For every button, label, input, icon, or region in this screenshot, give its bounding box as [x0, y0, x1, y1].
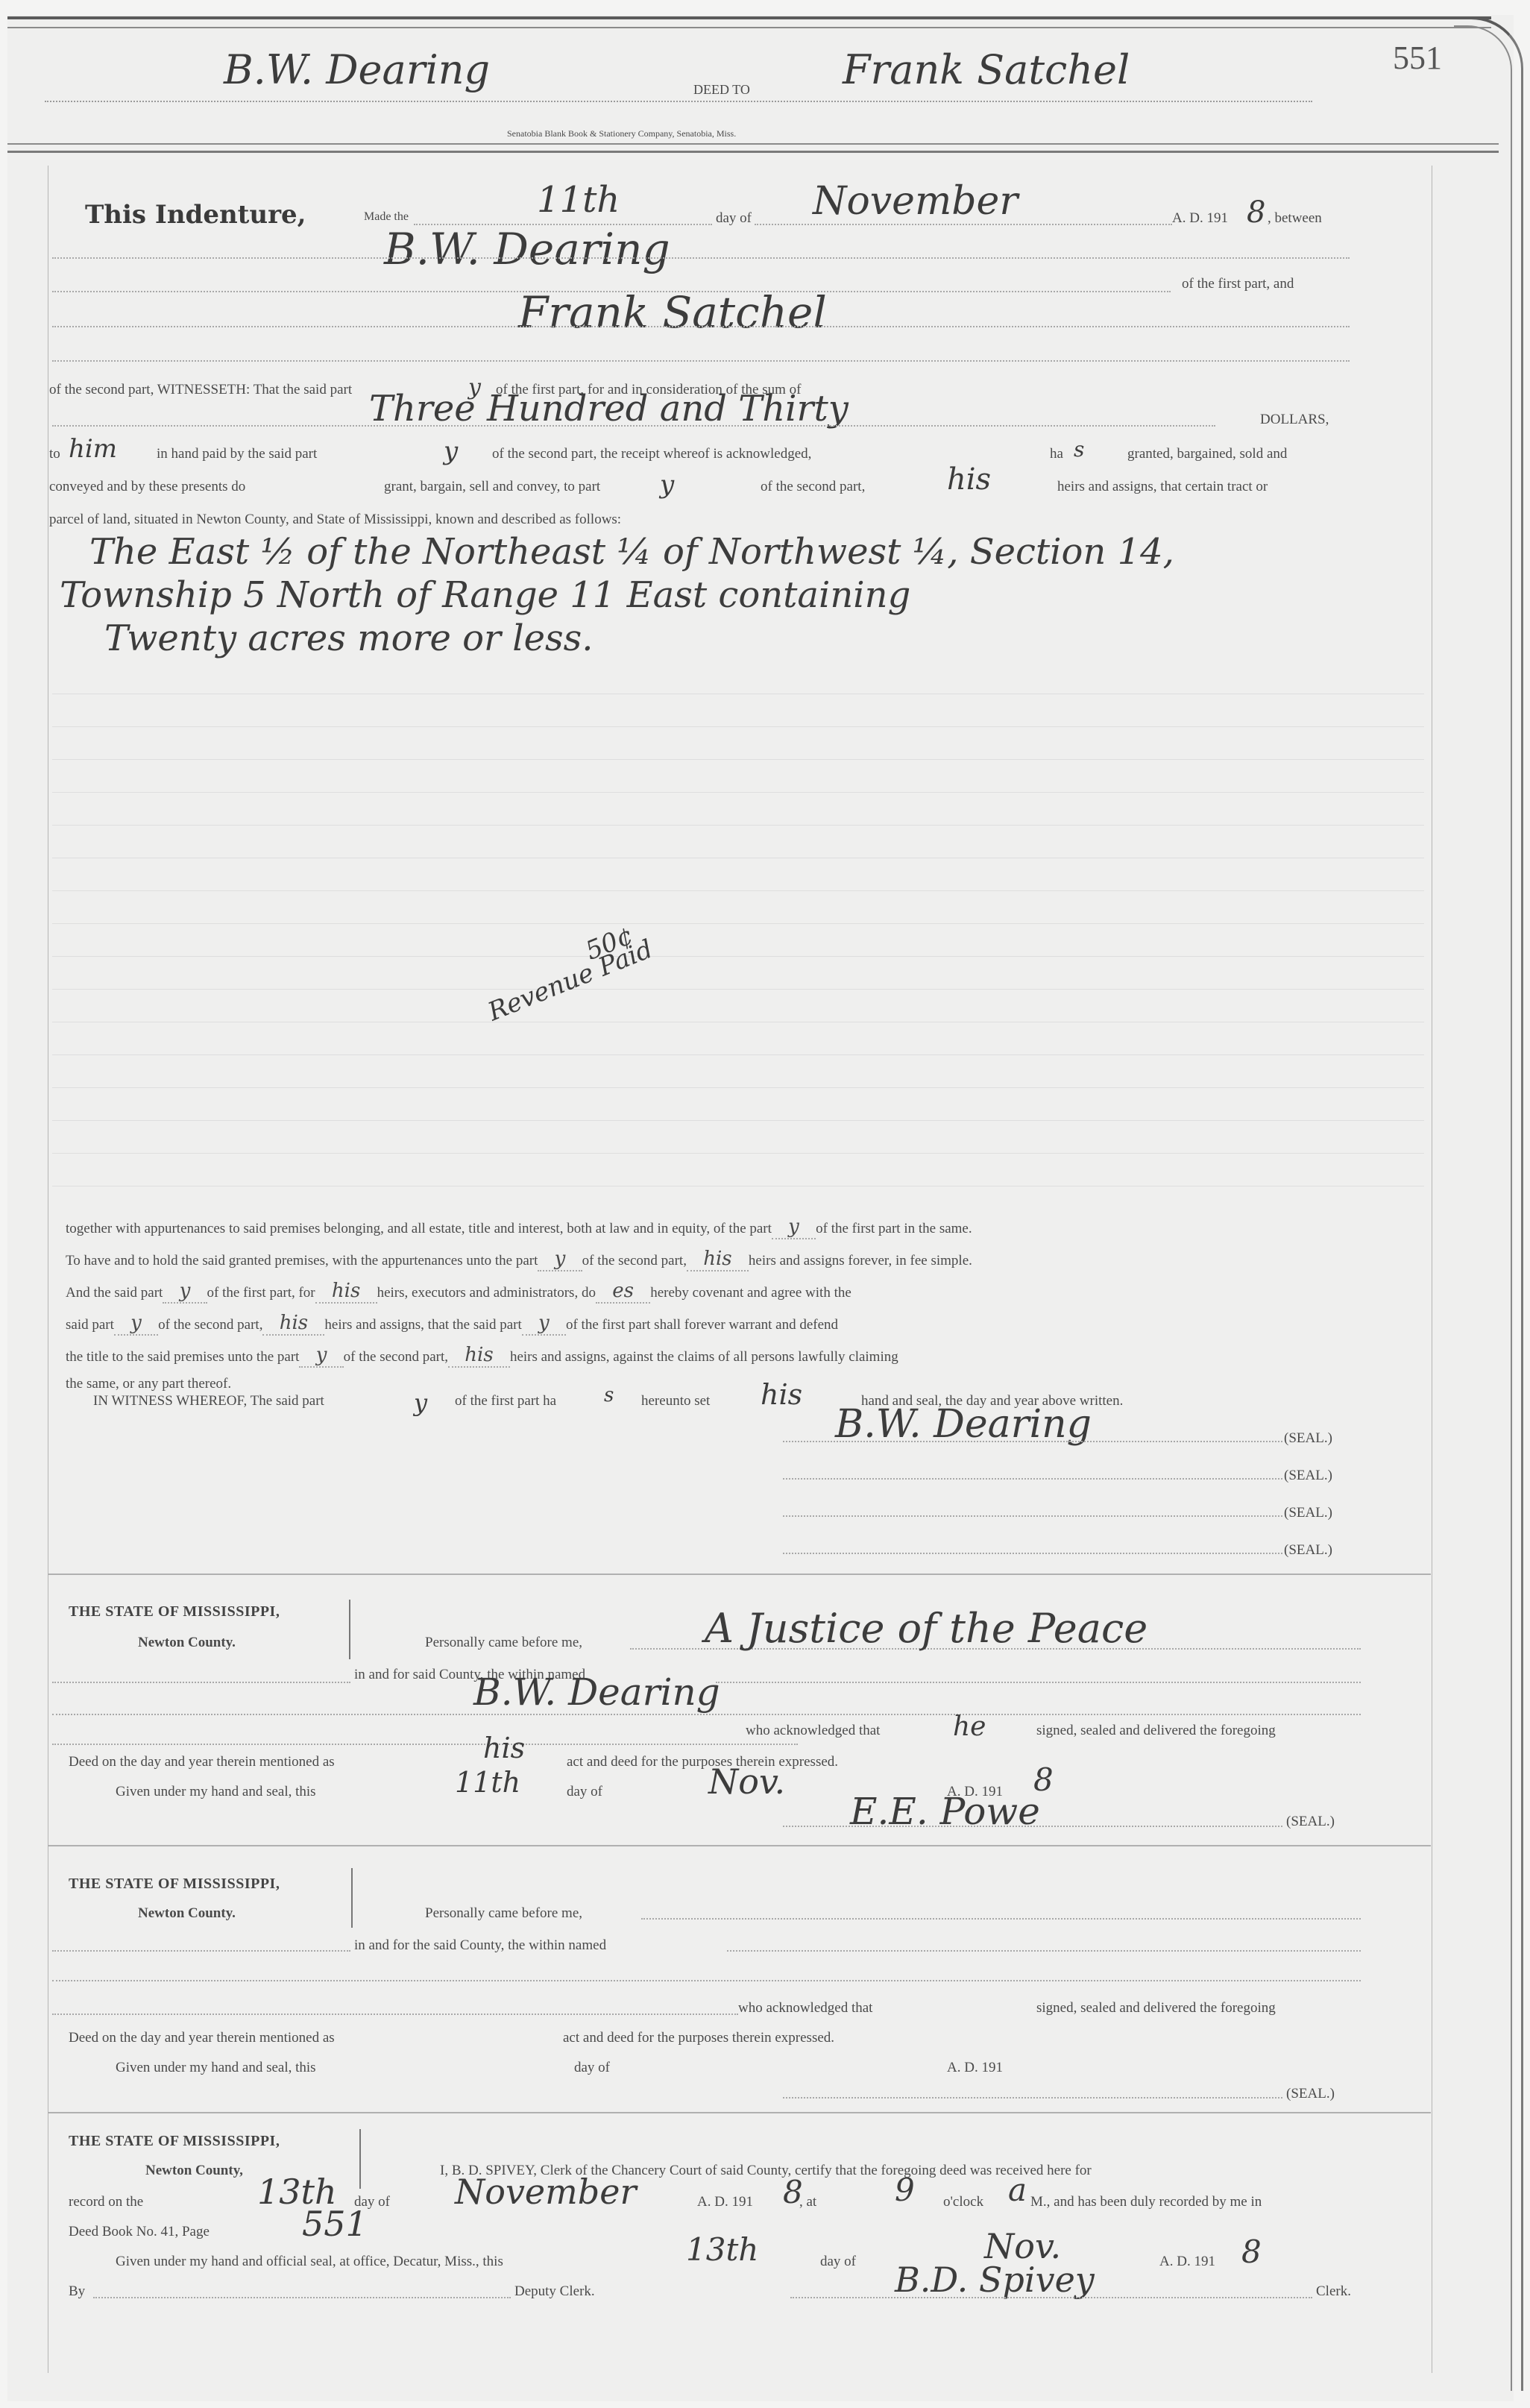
paid-fill: y — [444, 436, 458, 466]
printed-text: the same, or any part thereof. — [66, 1376, 231, 1392]
clerk-brace — [355, 2129, 361, 2189]
printed-text: the title to the said premises unto the … — [66, 1349, 299, 1365]
indenture-title: This Indenture, — [85, 200, 306, 230]
habendum-line: the same, or any part thereof. — [66, 1376, 1363, 1392]
section-rule — [48, 1845, 1431, 1846]
seal-label-4: (SEAL.) — [1284, 1542, 1332, 1559]
second-party: Frank Satchel — [518, 287, 827, 338]
header-line — [45, 101, 1312, 102]
handwritten-fill: y — [538, 1248, 582, 1271]
ruled-line — [52, 825, 1424, 826]
ruled-line — [52, 759, 1424, 760]
habendum-line: And the said part y of the first part, f… — [66, 1280, 1363, 1302]
clerk-line — [790, 2297, 1312, 2298]
deputy-label: Deputy Clerk. — [514, 2283, 595, 2300]
ack1-given-month: Nov. — [708, 1761, 785, 1802]
heirs-text: heirs and assigns, that certain tract or — [1057, 479, 1268, 495]
witness-fill3: his — [761, 1378, 802, 1411]
grant-fill: y — [660, 470, 674, 500]
ack2-day-of: day of — [574, 2060, 610, 2076]
paid-text: in hand paid by the said part — [157, 446, 317, 462]
line — [52, 1744, 798, 1745]
header-band — [7, 143, 1499, 153]
line — [52, 425, 1215, 427]
printed-text: of the second part, — [158, 1317, 262, 1333]
ack1-state: THE STATE OF MISSISSIPPI, — [69, 1603, 280, 1620]
line — [52, 1682, 350, 1683]
conveyed-text: conveyed and by these presents do — [49, 479, 245, 495]
ack1-given-day: 11th — [455, 1766, 520, 1799]
line — [52, 1714, 1361, 1715]
ack2-brace — [347, 1868, 353, 1928]
handwritten-fill: his — [687, 1248, 749, 1271]
section-rule — [48, 1574, 1431, 1575]
line — [52, 326, 1350, 327]
signature-line — [783, 1441, 1282, 1442]
indenture-month: November — [813, 179, 1018, 224]
ack1-as-value: his — [483, 1732, 525, 1764]
ack1-day-of: day of — [567, 1784, 602, 1800]
page-corner-border-inner — [1454, 25, 1512, 2391]
ack2-act: act and deed for the purposes therein ex… — [563, 2030, 834, 2046]
ruled-line — [52, 1087, 1424, 1088]
printed-text: heirs, executors and administrators, do — [377, 1285, 596, 1301]
printed-text: of the second part, — [344, 1349, 448, 1365]
signature-line — [783, 1826, 1282, 1827]
line — [641, 1918, 1361, 1920]
deed-to-label: DEED TO — [693, 82, 750, 98]
ack1-came-before: Personally came before me, — [425, 1635, 582, 1651]
clerk-day-of: day of — [820, 2254, 856, 2270]
ack2-state: THE STATE OF MISSISSIPPI, — [69, 1876, 280, 1893]
handwritten-fill: y — [772, 1216, 816, 1239]
granted-text: granted, bargained, sold and — [1127, 446, 1287, 462]
top-border — [7, 16, 1491, 28]
ack1-who-ack: who acknowledged that — [746, 1723, 880, 1739]
his-value: his — [947, 462, 991, 497]
deed-book-page: 551 — [302, 2204, 368, 2244]
ruled-line — [52, 956, 1424, 957]
deed-book-label: Deed Book No. 41, Page — [69, 2224, 210, 2240]
ruled-line — [52, 1120, 1424, 1121]
handwritten-fill: y — [163, 1280, 207, 1304]
clerk-county: Newton County, — [145, 2163, 243, 2179]
between-label: , between — [1268, 210, 1322, 227]
ack1-county: Newton County. — [138, 1635, 236, 1651]
witness-line-pre: IN WITNESS WHEREOF, The said part — [93, 1393, 324, 1409]
dollars-label: DOLLARS, — [1260, 412, 1329, 428]
witness-fill2: s — [604, 1384, 614, 1406]
habendum-line: said part y of the second part, his heir… — [66, 1312, 1363, 1334]
record-ad: A. D. 191 — [697, 2194, 753, 2210]
oclock-label: o'clock — [943, 2194, 983, 2210]
printed-text: said part — [66, 1317, 114, 1333]
handwritten-fill: his — [448, 1344, 510, 1368]
ack1-act: act and deed for the purposes therein ex… — [567, 1754, 838, 1770]
printed-text: of the first part, for — [207, 1285, 315, 1301]
signature-line — [783, 1478, 1282, 1480]
ack1-who-ack-value: he — [953, 1711, 986, 1742]
ruled-line — [52, 890, 1424, 891]
handwritten-fill: his — [315, 1280, 377, 1304]
ruled-line — [52, 989, 1424, 990]
indenture-year-digit: 8 — [1247, 195, 1265, 230]
grant-text: grant, bargain, sell and convey, to part — [384, 479, 600, 495]
ha-label: ha — [1050, 446, 1063, 462]
ack2-who-ack: who acknowledged that — [738, 2000, 872, 2016]
second-part-text: of the second part, — [761, 479, 865, 495]
ampm-value: a — [1008, 2172, 1027, 2208]
record-at: , at — [799, 2194, 816, 2210]
signature-line — [783, 1553, 1282, 1554]
printed-text: of the second part, — [582, 1253, 687, 1269]
line — [52, 1980, 1361, 1981]
line — [716, 1682, 1361, 1683]
ack1-signed: signed, sealed and delivered the foregoi… — [1036, 1723, 1276, 1739]
witness-fill: y — [414, 1389, 427, 1417]
header-grantor: B.W. Dearing — [224, 46, 490, 93]
clerk-label: Clerk. — [1316, 2283, 1351, 2300]
made-the-label: Made the — [364, 210, 409, 224]
line — [52, 2014, 738, 2015]
ack1-given: Given under my hand and seal, this — [116, 1784, 316, 1800]
handwritten-fill: y — [522, 1312, 566, 1336]
ack1-officer: A Justice of the Peace — [705, 1605, 1147, 1652]
habendum-line: the title to the said premises unto the … — [66, 1344, 1363, 1366]
page-number: 551 — [1393, 39, 1442, 77]
ruled-line — [52, 1186, 1424, 1186]
ruled-line — [52, 792, 1424, 793]
ruled-line — [52, 694, 1424, 694]
ruled-line — [52, 923, 1424, 924]
receipt-text: of the second part, the receipt whereof … — [492, 446, 811, 462]
ack2-in-and-for: in and for the said County, the within n… — [354, 1937, 606, 1954]
printed-text: together with appurtenances to said prem… — [66, 1221, 772, 1236]
signature-line — [783, 1515, 1282, 1517]
clerk-given: Given under my hand and official seal, a… — [116, 2254, 503, 2270]
ruled-line — [52, 726, 1424, 727]
ruled-line — [52, 1054, 1424, 1055]
record-on-label: record on the — [69, 2194, 143, 2210]
ruled-line — [52, 858, 1424, 858]
handwritten-fill: his — [262, 1312, 324, 1336]
deputy-line — [93, 2297, 511, 2298]
indenture-day: 11th — [537, 179, 620, 221]
m-label: M., and has been duly recorded by me in — [1030, 2194, 1262, 2210]
parcel-text: parcel of land, situated in Newton Count… — [49, 512, 621, 528]
clerk-given-day: 13th — [686, 2231, 758, 2268]
day-of-label: day of — [716, 210, 752, 227]
clerk-given-year: 8 — [1241, 2233, 1262, 2270]
month-line — [755, 224, 1172, 225]
line — [727, 1950, 1361, 1952]
record-hour: 9 — [895, 2172, 915, 2208]
printed-text: hereby covenant and agree with the — [650, 1285, 851, 1301]
grantor-signature: B.W. Dearing — [835, 1402, 1092, 1447]
clerk-state: THE STATE OF MISSISSIPPI, — [69, 2133, 280, 2150]
printer-imprint: Senatobia Blank Book & Stationery Compan… — [507, 128, 736, 139]
clerk-ad: A. D. 191 — [1159, 2254, 1215, 2270]
printed-text: heirs and assigns forever, in fee simple… — [749, 1253, 972, 1269]
section-rule — [48, 2112, 1431, 2113]
to-value: him — [69, 434, 117, 464]
ack1-seal: (SEAL.) — [1286, 1814, 1335, 1830]
to-label: to — [49, 446, 60, 462]
description-line-3: Twenty acres more or less. — [104, 617, 594, 659]
ack2-ad: A. D. 191 — [947, 2060, 1003, 2076]
seal-label-3: (SEAL.) — [1284, 1505, 1332, 1521]
ack2-came-before: Personally came before me, — [425, 1905, 582, 1922]
line — [52, 1950, 350, 1952]
record-month: November — [455, 2172, 636, 2212]
ack2-seal: (SEAL.) — [1286, 2086, 1335, 2102]
handwritten-fill: y — [299, 1344, 343, 1368]
signature-line — [783, 2097, 1282, 2099]
ack2-county: Newton County. — [138, 1905, 236, 1922]
line — [52, 360, 1350, 362]
witnesseth-text: of the second part, WITNESSETH: That the… — [49, 382, 352, 398]
ack2-given: Given under my hand and seal, this — [116, 2060, 316, 2076]
printed-text: of the first part shall forever warrant … — [566, 1317, 838, 1333]
ruled-line — [52, 1022, 1424, 1022]
ack2-deed-on: Deed on the day and year therein mention… — [69, 2030, 335, 2046]
line — [52, 257, 1350, 259]
witness-line-mid: of the first part ha — [455, 1393, 556, 1409]
ack1-deed-on: Deed on the day and year therein mention… — [69, 1754, 335, 1770]
first-part-label: of the first part, and — [1182, 276, 1294, 292]
handwritten-fill: y — [114, 1312, 158, 1336]
consideration-sum: Three Hundred and Thirty — [369, 388, 849, 430]
description-line-1: The East ½ of the Northeast ¼ of Northwe… — [89, 531, 1174, 573]
seal-label-2: (SEAL.) — [1284, 1468, 1332, 1484]
ack1-named: B.W. Dearing — [473, 1670, 720, 1714]
ha-fill: s — [1074, 437, 1084, 462]
ack2-signed: signed, sealed and delivered the foregoi… — [1036, 2000, 1276, 2016]
habendum-line: together with appurtenances to said prem… — [66, 1216, 1363, 1238]
ack1-brace — [344, 1600, 350, 1659]
seal-label-1: (SEAL.) — [1284, 1430, 1332, 1447]
habendum-line: To have and to hold the said granted pre… — [66, 1248, 1363, 1270]
printed-text: of the first part in the same. — [816, 1221, 972, 1236]
printed-text: heirs and assigns, against the claims of… — [510, 1349, 898, 1365]
ruled-line — [52, 1153, 1424, 1154]
by-label: By — [69, 2283, 85, 2300]
witness-line-mid2: hereunto set — [641, 1393, 710, 1409]
handwritten-fill: es — [596, 1280, 650, 1304]
printed-text: To have and to hold the said granted pre… — [66, 1253, 538, 1269]
first-party: B.W. Dearing — [384, 224, 670, 274]
ad-label: A. D. 191 — [1172, 210, 1228, 227]
printed-text: heirs and assigns, that the said part — [324, 1317, 521, 1333]
printed-text: And the said part — [66, 1285, 163, 1301]
clerk-signature: B.D. Spivey — [895, 2260, 1095, 2300]
header-grantee: Frank Satchel — [843, 46, 1130, 93]
description-line-2: Township 5 North of Range 11 East contai… — [60, 574, 910, 616]
